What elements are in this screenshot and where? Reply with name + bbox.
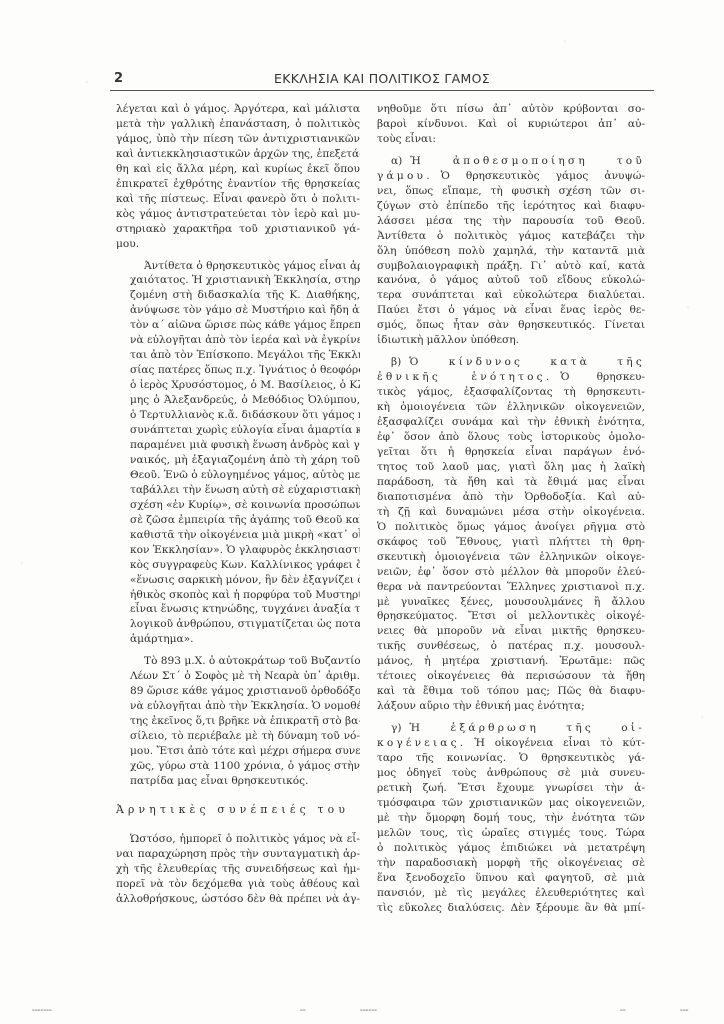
text-line: νειῶν, ἐφ᾿ ὅσον στὸ μέλλον θὰ μποροῦν ἐλ… <box>377 565 645 580</box>
text-line: τικῆς συνθέσεως, ὁ πατέρας π.χ. μουσουλ- <box>377 639 645 654</box>
text-line: ρετικὴ ζωή. Ἔτσι ἔχουμε γνωρίσει τὴν ἀ- <box>377 781 645 796</box>
item-title-line: γάμου.Ὁ θρησκευτικὸς γάμος ἀνυψώ- <box>377 169 645 184</box>
list-item: γ)Ἡ ἐξάρθρωση τῆς οἰ-κογένειας.Ἡ οἰκογέν… <box>377 721 645 915</box>
text-line: εἶναι ἕνωσις κτηνώδης, τυγχάνει ἀναξία τ… <box>116 602 360 617</box>
text-line: ναι παραχώρηση πρὸς τὴν συνταγματικὴ ἀρ- <box>116 847 360 862</box>
text-line: νηθοῦμε ὅτι πίσω ἀπ᾿ αὐτὸν κρύβονται σο- <box>377 102 645 117</box>
text-line: κον Ἐκκλησίαν». Ὁ γλαφυρὸς ἐκκλησιαστι- <box>116 543 360 558</box>
text-line: μου. Ἔτσι ἀπὸ τότε καὶ μέχρι σήμερα συνε… <box>116 744 360 759</box>
item-title-line: α)Ἡ ἀποθεσμοποίηση τοῦ <box>377 154 645 169</box>
text-line: μης ὁ Ἀλεξανδρεύς, ὁ Μεθόδιος Ὀλύμπου, <box>116 393 360 408</box>
text-line: τὸν α΄ αἰῶνα ὥρισε πὼς κάθε γάμος ἔπρεπε <box>116 318 360 333</box>
text-line: ἰδιωτικὴ μᾶλλον ὑπόθεση. <box>377 333 645 348</box>
text-span: Ὁ θρησκευ- <box>560 371 645 383</box>
text-line: ἁμάρτημα». <box>116 632 360 647</box>
text-line: Λέων Στ΄ ὁ Σοφὸς μὲ τὴ Νεαρὰ ὑπ᾿ ἀριθμ. <box>116 669 360 684</box>
text-line: ἐφ᾿ ὅσον ἀπὸ ὅλους τοὺς ἱστορικοὺς ὁμολο… <box>377 430 645 445</box>
text-line: στηριακὸ χαρακτῆρα τοῦ χριστιανικοῦ γά- <box>116 222 360 237</box>
item-marker: β) <box>391 356 401 368</box>
item-title-cont: κογένειας. <box>377 737 466 749</box>
text-line: καὶ τὰ ἔθιμα τοῦ τόπου μας; Πῶς θὰ διαφυ… <box>377 684 645 699</box>
text-line: νειες θὰ μποροῦν νὰ εἶναι μικτῆς θρησκευ… <box>377 624 645 639</box>
text-line: ἐξασφαλίζει συνάμα καὶ τὴν ἐθνικὴ ἑνότητ… <box>377 415 645 430</box>
right-column: νηθοῦμε ὅτι πίσω ἀπ᾿ αὐτὸν κρύβονται σο-… <box>377 102 645 916</box>
text-line: λάξουν αὔριο τὴν ἐθνική μας ἑνότητα; <box>377 699 645 714</box>
text-line: τὶς εὔκολες διαλύσεις. Δὲν ξέρουμε ἂν θὰ… <box>377 901 645 916</box>
text-line: 89 ὥρισε κάθε γάμος χριστιανοῦ ὀρθοδόξου <box>116 684 360 699</box>
text-line: λάσσει μέσα της τὴν παρουσία τοῦ Θεοῦ. <box>377 214 645 229</box>
item-title: Ἡ ἐξάρθρωση τῆς οἰ- <box>409 722 645 734</box>
text-line: σχέση «ἐν Κυρίῳ», σὲ κοινωνία προσώπων, <box>116 498 360 513</box>
text-line: θερα νὰ παντρεύονται Ἕλληνες χριστιανοὶ … <box>377 580 645 595</box>
item-title-line: β)Ὁ κίνδυνος κατὰ τῆς <box>377 355 645 370</box>
text-line: ζομένη στὴ διδασκαλία τῆς Κ. Διαθήκης, <box>116 288 360 303</box>
text-line: ὁ πολιτικὸς γάμος ἐπιδιώκει νὰ μετατρέψη <box>377 841 645 856</box>
text-line: χὴ τῆς ἐλευθερίας τῆς συνειδήσεως καὶ ἠμ… <box>116 862 360 877</box>
text-line: ἠθικὸς σκοπὸς καὶ ἡ πορφύρα τοῦ Μυστηρίο… <box>116 588 360 603</box>
text-line: κὸς συγγραφεὺς Κων. Καλλίνικος γράφει ὅτ… <box>116 558 360 573</box>
text-line: παραμένει μιὰ φυσικὴ ἕνωση ἀνδρὸς καὶ γυ… <box>116 438 360 453</box>
text-line: ἀλλοθρήσκους, ὡστόσο δὲν θὰ πρέπει νὰ ἀγ… <box>116 892 360 907</box>
item-title-line: κογένειας.Ἡ οἰκογένεια εἶναι τὸ κύτ- <box>377 736 645 751</box>
text-line: μὲ τὴν ὄμορφη δομή τους, τὴν ἑνότητα τῶν <box>377 811 645 826</box>
text-line: πατρίδα μας εἶναι θρησκευτικός. <box>116 774 360 789</box>
text-line: τὴ ζῇ καὶ δυναμώνει μέσα στὴν οἰκογένεια… <box>377 505 645 520</box>
text-line: της ἐκεῖνος ὅ,τι βρῆκε νὰ ἐπικρατῆ στὸ β… <box>116 714 360 729</box>
text-line: κὸς γάμος ἀντιστρατεύεται τὸν ἱερὸ καὶ μ… <box>116 207 360 222</box>
text-line: ὁ Τερτυλλιανὸς κ.ἄ. διδάσκουν ὅτι γάμος … <box>116 408 360 423</box>
text-line: χῶς, γύρω στὰ 1100 χρόνια, ὁ γάμος στὴν <box>116 759 360 774</box>
text-line: Ἀντίθετα ὁ θρησκευτικὸς γάμος εἶναι ἀρ- <box>116 259 360 274</box>
text-line: σίλειο, τὸ περιέβαλε μὲ τὴ δύναμη τοῦ νό… <box>116 729 360 744</box>
item-title: Ὁ κίνδυνος κατὰ τῆς <box>409 356 645 368</box>
text-line: τοὺς εἶναι: <box>377 132 645 147</box>
text-line: καθιστᾶ τὴν οἰκογένεια μιὰ μικρὴ «κατ᾿ ο… <box>116 528 360 543</box>
intro-paragraph: νηθοῦμε ὅτι πίσω ἀπ᾿ αὐτὸν κρύβονται σο-… <box>377 102 645 147</box>
text-line: μὲ γυναῖκες ξένες, μουσουλμάνες ἢ ἄλλου <box>377 595 645 610</box>
text-line: κὴ ὁμοιογένεια τῶν ἑλληνικῶν οἰκογενειῶν… <box>377 400 645 415</box>
text-line: συνάπτεται χωρὶς εὐλογία εἶναι ἁμαρτία κ… <box>116 423 360 438</box>
text-line: γάμος, ὑπὸ τὴν πίεση τῶν ἀντιχριστιανικῶ… <box>116 132 360 147</box>
text-line: Θεοῦ. Ἐνῶ ὁ εὐλογημένος γάμος, αὐτὸς με- <box>116 468 360 483</box>
text-line: βαροὶ κίνδυνοι. Καὶ οἱ κυριώτεροι ἀπ᾿ αὐ… <box>377 117 645 132</box>
text-line: νὰ εὐλογῆται ἀπὸ τὴν Ἐκκλησία. Ὁ νομοθέ- <box>116 699 360 714</box>
text-line: ὁ ἱερὸς Χρυσόστομος, ὁ Μ. Βασίλειος, ὁ Κ… <box>116 378 360 393</box>
text-line: λογικοῦ ἀνθρώπου, στιγματίζεται ὡς ποταπ… <box>116 617 360 632</box>
text-line: συμβολαιογραφικὴ πράξη. Γι᾿ αὐτὸ καί, κα… <box>377 259 645 274</box>
text-line: Παύει ἔτσι ὁ γάμος νὰ εἶναι ἕνας ἱερὸς θ… <box>377 303 645 318</box>
text-line: μάνος, ἡ μητέρα χριστιανή. Ἐρωτᾶμε: πῶς <box>377 654 645 669</box>
text-line: καὶ ἀντιεκκλησιαστικῶν ἀρχῶν της, ἐπεξετ… <box>116 147 360 162</box>
header-rule <box>110 90 654 91</box>
text-line: μετὰ τὴν γαλλικὴ ἐπανάσταση, ὁ πολιτικὸς <box>116 117 360 132</box>
text-line: τμόσφαιρα τῶν χριστιανικῶν μας οἰκογενει… <box>377 796 645 811</box>
paragraph: Ἀντίθετα ὁ θρησκευτικὸς γάμος εἶναι ἀρ-χ… <box>116 259 360 648</box>
text-line: ταβάλλει τὴν ἕνωση αὐτὴ σὲ εὐχαριστιακὴ <box>116 483 360 498</box>
text-line: μελῶν τους, τὶς ὡραῖες στιγμές τους. Τώρ… <box>377 826 645 841</box>
text-span: Ὁ θρησκευτικὸς γάμος ἀνυψώ- <box>441 170 645 182</box>
item-title: Ἡ ἀποθεσμοποίηση τοῦ <box>410 155 645 167</box>
text-line: τικὸς γάμος, ἐξασφαλίζοντας τὴ θρησκευτι… <box>377 385 645 400</box>
text-line: σὲ ζῶσα ἐμπειρία τῆς ἀγάπης τοῦ Θεοῦ καὶ <box>116 513 360 528</box>
item-title-line: γ)Ἡ ἐξάρθρωση τῆς οἰ- <box>377 721 645 736</box>
item-title-line: ἐθνικῆς ἑνότητος.Ὁ θρησκευ- <box>377 370 645 385</box>
text-line: σκευτικὴ ὁμοιογένεια τῶν ἑλληνικῶν οἰκογ… <box>377 550 645 565</box>
text-line: θρησκεύματος. Ἔτσι οἱ μελλοντικὲς οἰκογέ… <box>377 609 645 624</box>
text-line: ζύγων στὸ ἐπίπεδο τῆς ἱερότητος καὶ διαφ… <box>377 199 645 214</box>
page-header: 2 ΕΚΚΛΗΣΙΑ ΚΑΙ ΠΟΛΙΤΙΚΟΣ ΓΑΜΟΣ <box>110 66 654 92</box>
text-line: Ὡστόσο, ἠμπορεῖ ὁ πολιτικὸς γάμος νὰ εἶ- <box>116 832 360 847</box>
scan-footer: ▬▬▬▬▬▬▬ ▬▬ ▬▬▬▬▬▬ ▬▬ ▬▬▬ <box>0 1008 724 1018</box>
text-line: σμός, ὅπως ἦταν σὰν θρησκευτικός. Γίνετα… <box>377 318 645 333</box>
text-line: σκάφος τοῦ Ἔθνους, γιατὶ πλήττει τὴ θρη- <box>377 535 645 550</box>
item-marker: γ) <box>391 722 401 734</box>
item-title-cont: ἐθνικῆς ἑνότητος. <box>377 371 552 383</box>
running-title: ΕΚΚΛΗΣΙΑ ΚΑΙ ΠΟΛΙΤΙΚΟΣ ΓΑΜΟΣ <box>110 71 654 86</box>
text-line: διαποτισμένα ἀπὸ τὴν Ὀρθοδοξία. Καὶ αὐ- <box>377 490 645 505</box>
text-line: μου. <box>116 237 360 252</box>
text-line: Τὸ 893 μ.Χ. ὁ αὐτοκράτωρ τοῦ Βυζαντίου <box>116 654 360 669</box>
item-marker: α) <box>391 155 402 167</box>
text-line: χαιότατος. Ἡ χριστιανικὴ Ἐκκλησία, στηρι… <box>116 273 360 288</box>
section-heading: Ἀρνητικὲς συνέπειές του <box>116 803 360 818</box>
text-line: ται ἀπὸ τὸν Ἐπίσκοπο. Μεγάλοι τῆς Ἐκκλη- <box>116 348 360 363</box>
list-item: β)Ὁ κίνδυνος κατὰ τῆςἐθνικῆς ἑνότητος.Ὁ … <box>377 355 645 714</box>
list-item: α)Ἡ ἀποθεσμοποίηση τοῦγάμου.Ὁ θρησκευτικ… <box>377 154 645 348</box>
text-line: «ἕνωσις σαρκικὴ μόνον, ἣν δὲν ἐξαγνίζει … <box>116 573 360 588</box>
text-line: τητος τοῦ λαοῦ μας, γιατὶ ὅλη μας ἡ λαϊκ… <box>377 460 645 475</box>
text-line: Ὁ πολιτικὸς ὅμως γάμος ἀνοίγει ρῆγμα στὸ <box>377 520 645 535</box>
text-line: ὅλη ὑπόθεση πολὺ χαμηλά, τὴν καταντᾶ μιὰ <box>377 244 645 259</box>
text-span: Ἡ οἰκογένεια εἶναι τὸ κύτ- <box>474 737 645 749</box>
left-column: λέγεται καὶ ὁ γάμος. Ἀργότερα, καὶ μάλισ… <box>116 102 360 907</box>
text-line: ἀνύψωσε τὸν γάμο σὲ Μυστήριο καὶ ἤδη ἀπὸ <box>116 303 360 318</box>
text-line: Ἀντίθετα ὁ πολιτικὸς γάμος κατεβάζει τὴν <box>377 229 645 244</box>
text-line: νὰ εὐλογῆται ἀπὸ τὸν ἱερέα καὶ νὰ ἐγκρίν… <box>116 333 360 348</box>
text-line: ἕνα ξενοδοχεῖο ὕπνου καὶ φαγητοῦ, σὲ μιὰ <box>377 871 645 886</box>
paragraph: λέγεται καὶ ὁ γάμος. Ἀργότερα, καὶ μάλισ… <box>116 102 360 252</box>
item-title-cont: γάμου. <box>377 170 433 182</box>
text-line: πορεῖ νὰ τὸν δεχόμεθα γιὰ τοὺς ἀθέους κα… <box>116 877 360 892</box>
text-line: ἐπικρατεῖ ἐχθρότης ἐναντίον τῆς θρησκεία… <box>116 177 360 192</box>
text-line: κανόνα, ὁ γάμος αὐτοῦ τοῦ εἴδους εὐκολώ- <box>377 273 645 288</box>
text-line: τὴν παραδοσιακὴ μορφὴ τῆς οἰκογένειας σὲ <box>377 856 645 871</box>
text-line: γεῖται ὅτι ἡ θρησκεία εἶναι παράγων ἑνό- <box>377 445 645 460</box>
text-line: ναικός, μὴ ἐξαγιαζομένη ἀπὸ τὴ χάρη τοῦ <box>116 453 360 468</box>
text-line: νει, ὅπως εἴπαμε, τὴ φυσικὴ σχέση τῶν σι… <box>377 184 645 199</box>
text-line: καὶ τῆς πίστεως. Εἶναι φανερὸ ὅτι ὁ πολι… <box>116 192 360 207</box>
text-line: πανσιόν, μὲ τὶς μεγάλες ἐλευθεριότητες κ… <box>377 886 645 901</box>
text-line: μος ὁδηγεῖ τοὺς ἀνθρώπους σὲ μιὰ συνευ- <box>377 766 645 781</box>
closing-paragraph: Ὡστόσο, ἠμπορεῖ ὁ πολιτικὸς γάμος νὰ εἶ-… <box>116 832 360 907</box>
text-line: τερα συνάπτεται καὶ εὐκολώτερα διαλύεται… <box>377 288 645 303</box>
text-line: τέτοιες οἰκογένειες θὰ περισώσουν τὰ ἤθη <box>377 669 645 684</box>
text-line: σίας πατέρες ὅπως π.χ. Ἰγνάτιος ὁ θεοφόρ… <box>116 363 360 378</box>
text-line: λέγεται καὶ ὁ γάμος. Ἀργότερα, καὶ μάλισ… <box>116 102 360 117</box>
text-line: θη καὶ εἰς ἄλλα μέρη, καὶ κυρίως ἐκεῖ ὅπ… <box>116 162 360 177</box>
text-line: παράδοση, τὰ ἤθη καὶ τὰ ἔθιμά μας εἶναι <box>377 475 645 490</box>
paragraph: Τὸ 893 μ.Χ. ὁ αὐτοκράτωρ τοῦ ΒυζαντίουΛέ… <box>116 654 360 789</box>
text-line: ταρο τῆς κοινωνίας. Ὁ θρησκευτικὸς γά- <box>377 751 645 766</box>
